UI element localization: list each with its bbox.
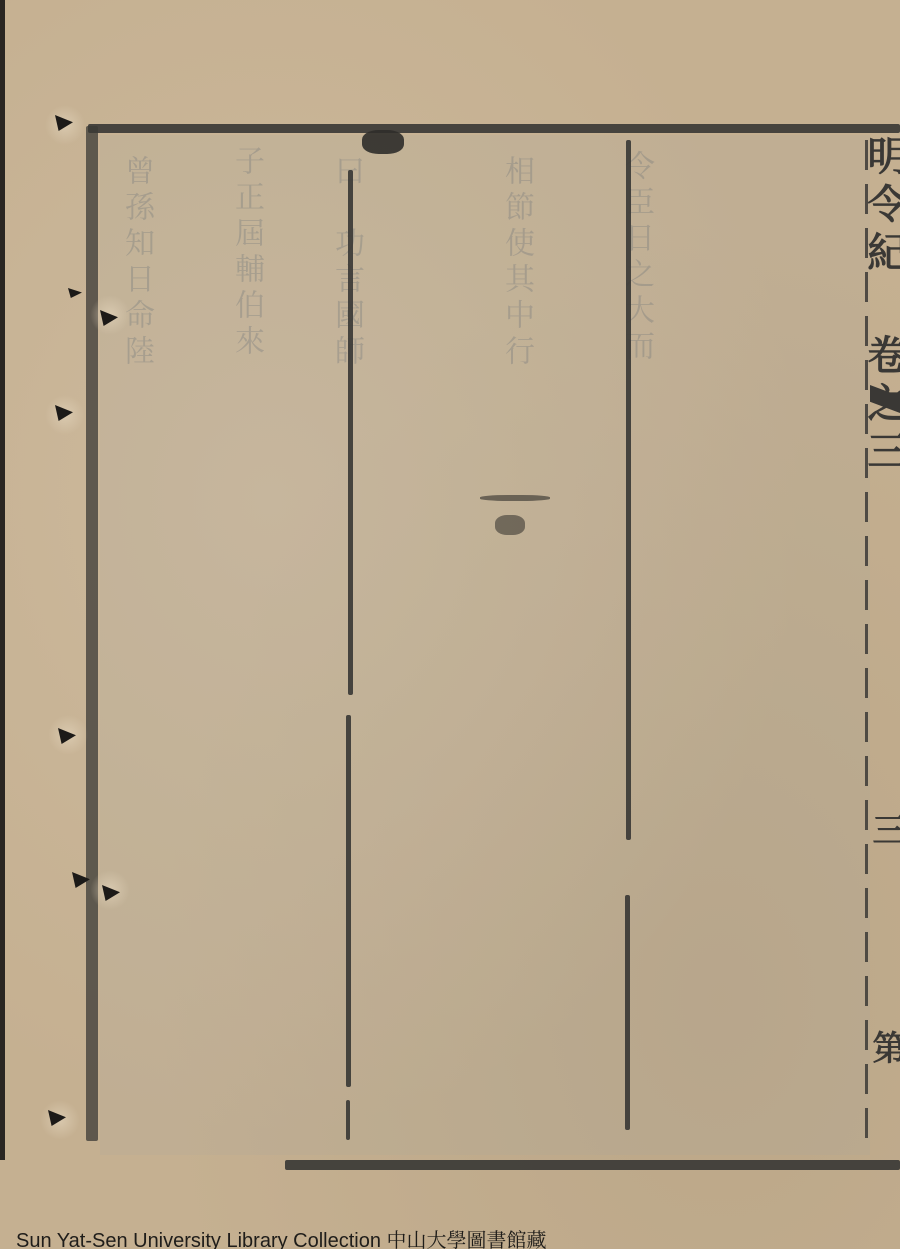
top-border-line xyxy=(88,124,900,133)
ink-smudge xyxy=(362,130,404,154)
bottom-border-line xyxy=(285,1160,900,1170)
ghost-column: 子正屆輔伯來 xyxy=(230,145,268,361)
left-border-line xyxy=(86,126,98,1141)
ghost-column: 相節使其中行 xyxy=(500,155,538,371)
ink-smudge xyxy=(480,495,550,501)
scanned-page: 曾孫知日命陸 子正屆輔伯來 曰 功言國師 相節使其中行 令臣日之大而 明令紀 卷… xyxy=(0,0,900,1249)
margin-book-title: 明令紀 卷之三 xyxy=(868,135,900,478)
column-divider-line xyxy=(626,140,631,840)
margin-bottom-text: 第 xyxy=(872,1030,900,1064)
ink-smudge xyxy=(495,515,525,535)
collection-caption: Sun Yat-Sen University Library Collectio… xyxy=(16,1224,547,1249)
column-divider-line xyxy=(625,895,630,1130)
column-divider-line xyxy=(348,170,353,695)
page-binding-edge xyxy=(0,0,5,1160)
binding-hole xyxy=(68,288,82,298)
column-divider-line xyxy=(346,715,351,1087)
margin-page-number: 三 xyxy=(872,812,900,846)
column-divider-line xyxy=(346,1100,350,1140)
bleed-through-text-area: 曾孫知日命陸 子正屆輔伯來 曰 功言國師 相節使其中行 令臣日之大而 xyxy=(100,135,870,1155)
ghost-column: 曾孫知日命陸 xyxy=(120,155,158,371)
